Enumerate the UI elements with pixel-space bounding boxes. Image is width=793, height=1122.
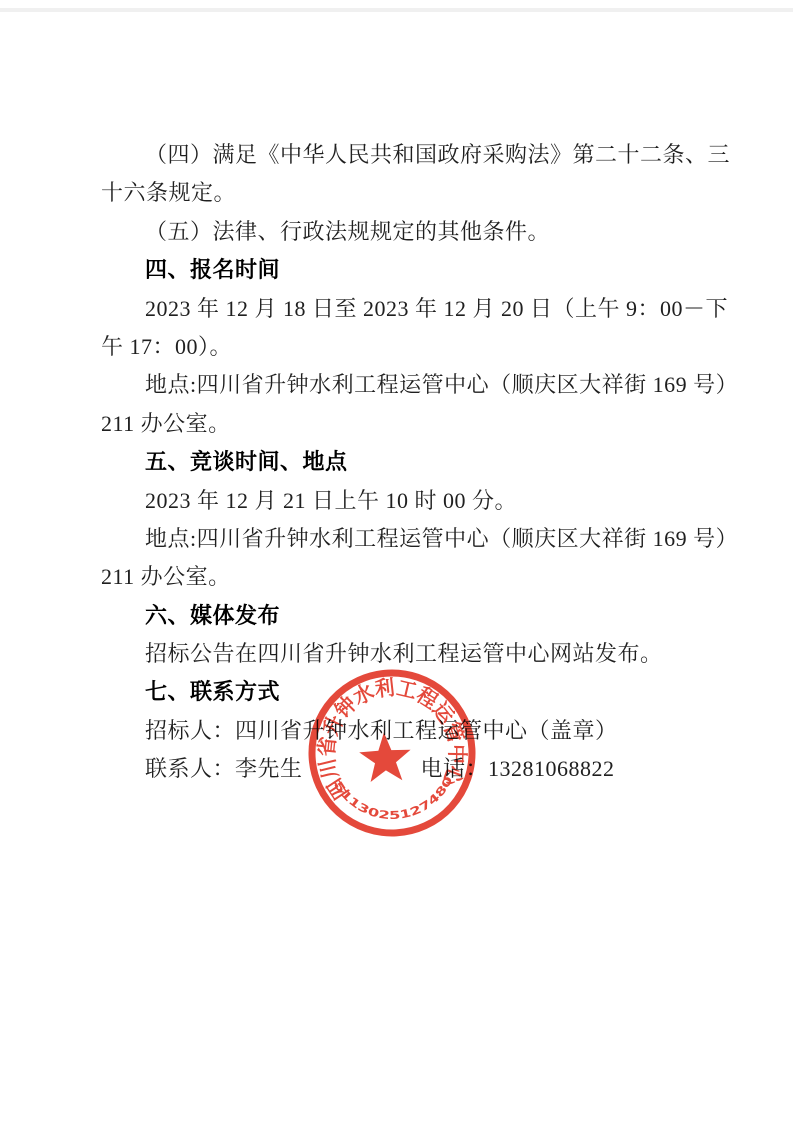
text-line: （五）法律、行政法规规定的其他条件。 [101,213,721,251]
contact-line: 联系人：李先生电话：13281068822 [101,750,721,788]
text-line: 午 17：00）。 [101,328,721,366]
text-line: 211 办公室。 [101,558,721,596]
text-line: 2023 年 12 月 21 日上午 10 时 00 分。 [101,482,721,520]
document-page: （四）满足《中华人民共和国政府采购法》第二十二条、三 十六条规定。 （五）法律、… [0,0,793,1122]
text-line: （四）满足《中华人民共和国政府采购法》第二十二条、三 [101,136,721,174]
section-heading: 六、媒体发布 [101,597,721,635]
text-line: 招标公告在四川省升钟水利工程运管中心网站发布。 [101,635,721,673]
contact-person: 联系人：李先生 [145,756,303,781]
text-line: 2023 年 12 月 18 日至 2023 年 12 月 20 日（上午 9：… [101,290,721,328]
scan-artifact-band [0,8,793,12]
document-body: （四）满足《中华人民共和国政府采购法》第二十二条、三 十六条规定。 （五）法律、… [101,136,721,789]
contact-phone: 电话：13281068822 [421,756,615,781]
text-line: 地点:四川省升钟水利工程运管中心（顺庆区大祥街 169 号） [101,520,721,558]
text-line: 地点:四川省升钟水利工程运管中心（顺庆区大祥街 169 号） [101,366,721,404]
section-heading: 五、竞谈时间、地点 [101,443,721,481]
bidder-line: 招标人：四川省升钟水利工程运管中心（盖章） [101,712,721,750]
text-line: 十六条规定。 [101,174,721,212]
text-line: 211 办公室。 [101,405,721,443]
section-heading: 七、联系方式 [101,673,721,711]
section-heading: 四、报名时间 [101,251,721,289]
